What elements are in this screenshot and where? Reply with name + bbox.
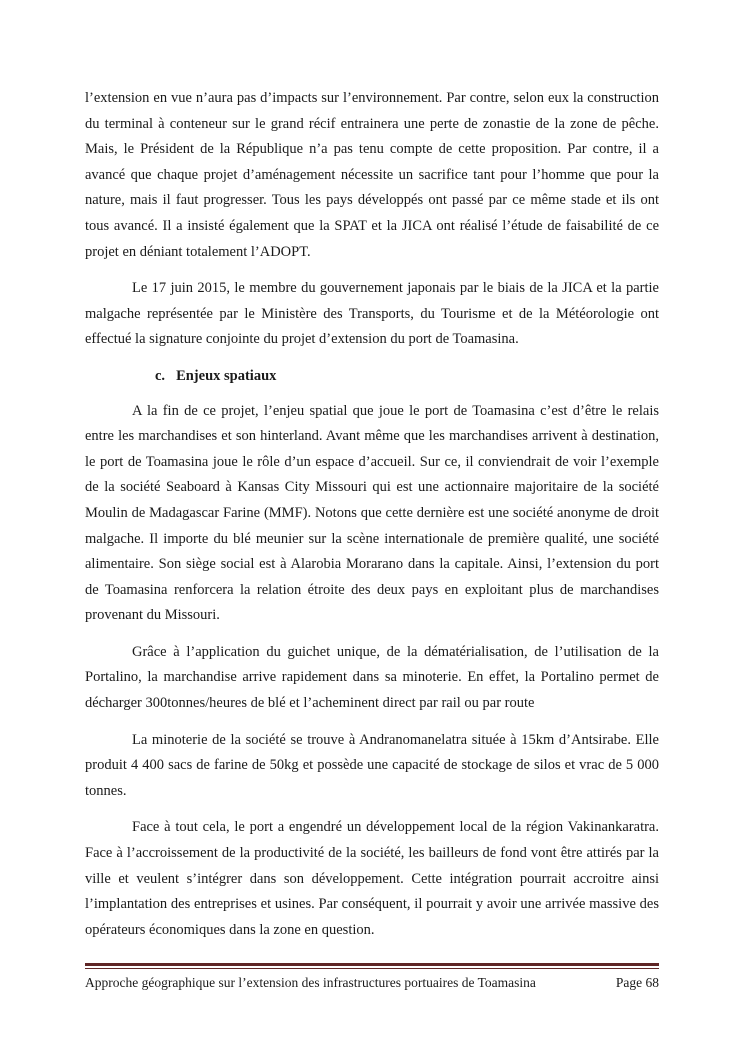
section-heading-label: Enjeux spatiaux — [176, 368, 276, 384]
section-heading-number: c. — [155, 368, 165, 384]
body-paragraph-2: Le 17 juin 2015, le membre du gouverneme… — [85, 276, 659, 353]
body-paragraph-4: Grâce à l’application du guichet unique,… — [85, 640, 659, 717]
body-paragraph-5: La minoterie de la société se trouve à A… — [85, 728, 659, 805]
footer-double-rule — [85, 963, 659, 969]
page-footer: Approche géographique sur l’extension de… — [85, 963, 659, 992]
body-paragraph-3: A la fin de ce projet, l’enjeu spatial q… — [85, 399, 659, 629]
body-paragraph-6: Face à tout cela, le port a engendré un … — [85, 815, 659, 943]
footer-text-row: Approche géographique sur l’extension de… — [85, 974, 659, 992]
footer-page-number: Page 68 — [616, 974, 659, 992]
footer-document-title: Approche géographique sur l’extension de… — [85, 974, 536, 992]
body-paragraph-1: l’extension en vue n’aura pas d’impacts … — [85, 86, 659, 265]
page-body: l’extension en vue n’aura pas d’impacts … — [85, 86, 659, 954]
document-page: l’extension en vue n’aura pas d’impacts … — [0, 0, 745, 1053]
section-heading: c.Enjeux spatiaux — [155, 364, 659, 390]
